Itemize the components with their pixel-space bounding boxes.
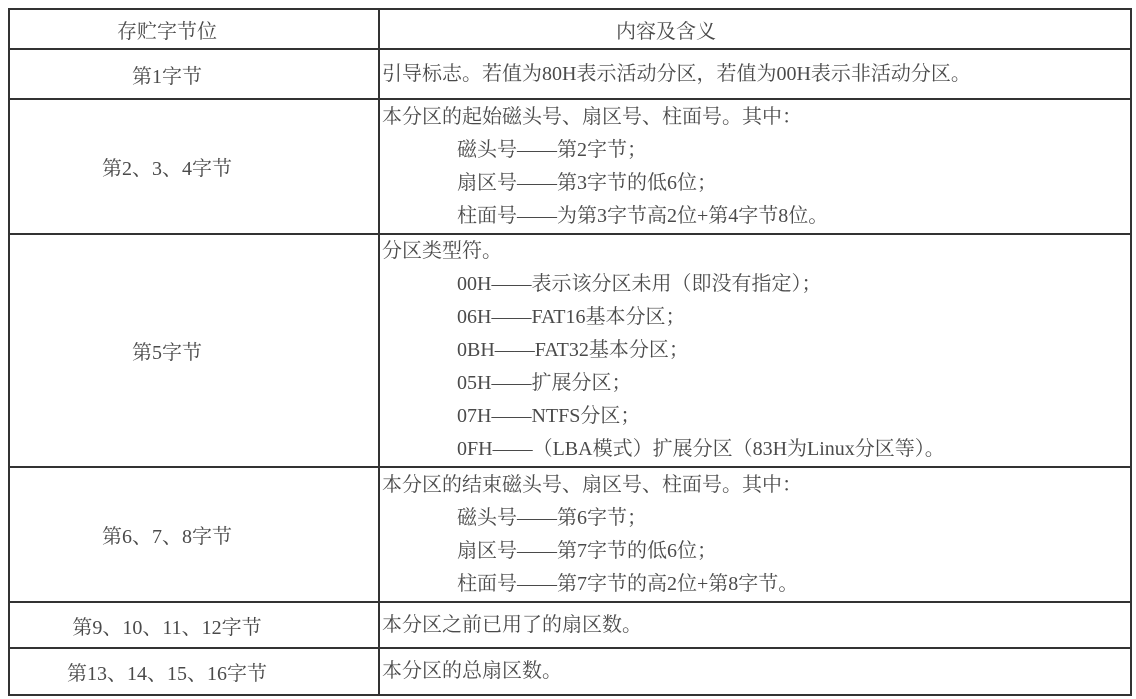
content-line: 分区类型符。 <box>382 235 1126 268</box>
content-line: 扇区号——第7字节的低6位； <box>382 535 1126 568</box>
content-cell: 分区类型符。 00H——表示该分区未用（即没有指定）； 06H——FAT16基本… <box>379 234 1131 467</box>
content-line: 柱面号——为第3字节高2位+第4字节8位。 <box>382 200 1126 233</box>
partition-table-container: 存贮字节位 内容及含义 第1字节 引导标志。若值为80H表示活动分区，若值为00… <box>8 8 1132 696</box>
content-cell: 本分区的起始磁头号、扇区号、柱面号。其中： 磁头号——第2字节； 扇区号——第3… <box>379 99 1131 234</box>
byte-cell: 第2、3、4字节 <box>9 99 379 234</box>
content-line: 本分区的起始磁头号、扇区号、柱面号。其中： <box>382 101 1126 134</box>
content-line: 磁头号——第2字节； <box>382 134 1126 167</box>
content-line: 柱面号——第7字节的高2位+第8字节。 <box>382 568 1126 601</box>
table-row: 第1字节 引导标志。若值为80H表示活动分区，若值为00H表示非活动分区。 <box>9 49 1131 99</box>
byte-cell: 第1字节 <box>9 49 379 99</box>
content-line: 00H——表示该分区未用（即没有指定）； <box>382 268 1126 301</box>
byte-cell: 第9、10、11、12字节 <box>9 602 379 648</box>
content-line: 06H——FAT16基本分区； <box>382 301 1126 334</box>
content-line: 本分区的总扇区数。 <box>382 655 1126 688</box>
byte-cell: 第6、7、8字节 <box>9 467 379 602</box>
table-row: 第13、14、15、16字节 本分区的总扇区数。 <box>9 648 1131 695</box>
header-row: 存贮字节位 内容及含义 <box>9 9 1131 49</box>
table-row: 第9、10、11、12字节 本分区之前已用了的扇区数。 <box>9 602 1131 648</box>
table-row: 第6、7、8字节 本分区的结束磁头号、扇区号、柱面号。其中： 磁头号——第6字节… <box>9 467 1131 602</box>
content-line: 引导标志。若值为80H表示活动分区，若值为00H表示非活动分区。 <box>382 58 1126 91</box>
header-byte-position: 存贮字节位 <box>9 9 379 49</box>
content-line: 扇区号——第3字节的低6位； <box>382 167 1126 200</box>
content-line: 本分区的结束磁头号、扇区号、柱面号。其中： <box>382 469 1126 502</box>
partition-table: 存贮字节位 内容及含义 第1字节 引导标志。若值为80H表示活动分区，若值为00… <box>8 8 1132 696</box>
byte-cell: 第5字节 <box>9 234 379 467</box>
content-cell: 本分区的总扇区数。 <box>379 648 1131 695</box>
content-line: 磁头号——第6字节； <box>382 502 1126 535</box>
content-line: 07H——NTFS分区； <box>382 400 1126 433</box>
header-content-meaning: 内容及含义 <box>379 9 1131 49</box>
content-cell: 引导标志。若值为80H表示活动分区，若值为00H表示非活动分区。 <box>379 49 1131 99</box>
table-row: 第5字节 分区类型符。 00H——表示该分区未用（即没有指定）； 06H——FA… <box>9 234 1131 467</box>
content-line: 05H——扩展分区； <box>382 367 1126 400</box>
content-line: 本分区之前已用了的扇区数。 <box>382 609 1126 642</box>
content-line: 0FH——（LBA模式）扩展分区（83H为Linux分区等）。 <box>382 433 1126 466</box>
table-row: 第2、3、4字节 本分区的起始磁头号、扇区号、柱面号。其中： 磁头号——第2字节… <box>9 99 1131 234</box>
content-cell: 本分区的结束磁头号、扇区号、柱面号。其中： 磁头号——第6字节； 扇区号——第7… <box>379 467 1131 602</box>
content-cell: 本分区之前已用了的扇区数。 <box>379 602 1131 648</box>
content-line: 0BH——FAT32基本分区； <box>382 334 1126 367</box>
byte-cell: 第13、14、15、16字节 <box>9 648 379 695</box>
